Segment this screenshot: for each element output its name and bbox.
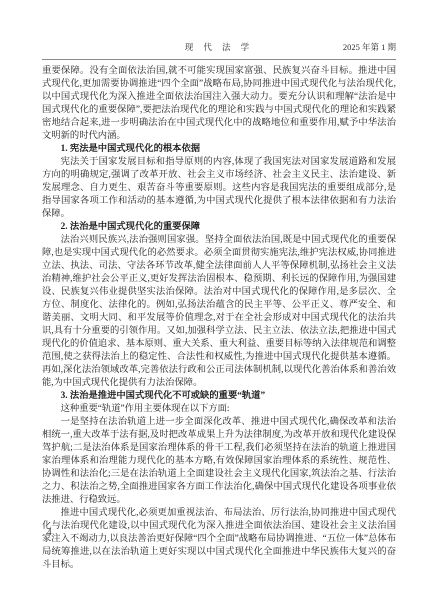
page-number: 4 — [47, 527, 52, 537]
paragraph: 这种重要“轨道”作用主要体现在以下方面: — [42, 403, 396, 416]
paragraph: 宪法关于国家发展目标和指导原则的内容,体现了我国宪法对国家发展道路和发展方向的明… — [42, 156, 396, 221]
journal-page: 现 代 法 学 2025 年第 1 期 重要保障。没有全面依法治国,就不可能实现… — [0, 0, 427, 603]
issue-label: 2025 年第 1 期 — [343, 40, 396, 54]
paragraph-continued: 重要保障。没有全面依法治国,就不可能实现国家富强、民族复兴奋斗目标。推进中国式现… — [42, 65, 396, 143]
header-rule — [42, 59, 396, 60]
page-header: 现 代 法 学 2025 年第 1 期 — [42, 40, 396, 54]
paragraph: 法治兴则民族兴,法治强则国家强。坚持全面依法治国,既是中国式现代化的重要保障,也… — [42, 234, 396, 390]
article-body: 重要保障。没有全面依法治国,就不可能实现国家富强、民族复兴奋斗目标。推进中国式现… — [42, 65, 396, 572]
section-heading-2: 2. 法治是中国式现代化的重要保障 — [42, 221, 396, 234]
paragraph: 一是坚持在法治轨道上进一步全面深化改革、推进中国式现代化,确保改革和法治相统一,… — [42, 416, 396, 507]
section-heading-1: 1. 宪法是中国式现代化的根本依据 — [42, 143, 396, 156]
paragraph: 推进中国式现代化,必须更加重视法治、布局法治、厉行法治,协同推进中国式现代化与法… — [42, 507, 396, 572]
section-heading-3: 3. 法治是推进中国式现代化不可或缺的重要“轨道” — [42, 390, 396, 403]
